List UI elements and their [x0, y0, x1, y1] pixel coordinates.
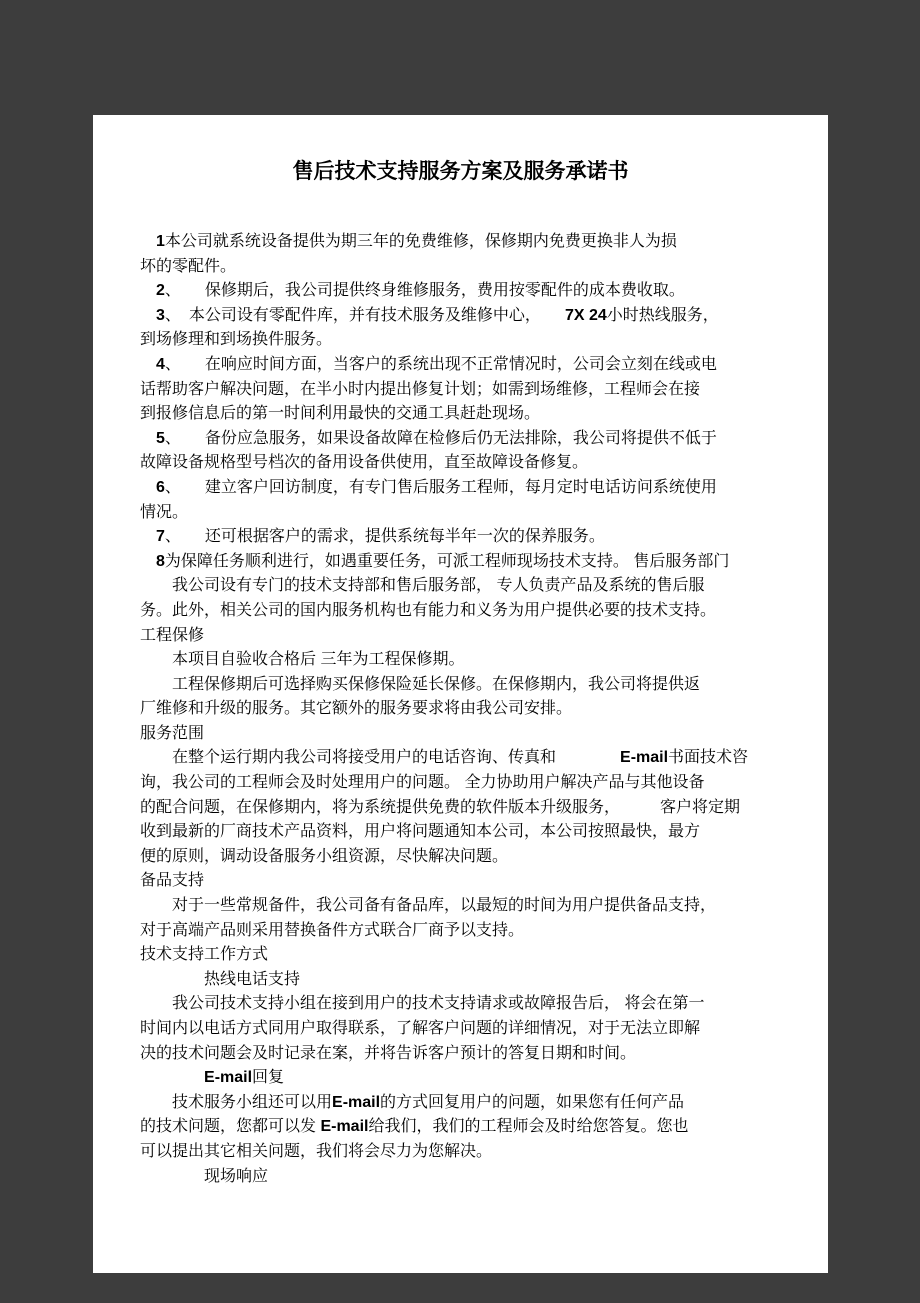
- text-line: 在整个运行期内我公司将接受用户的电话咨询、传真和 E-mail书面技术咨: [140, 746, 818, 771]
- text-line: 厂维修和升级的服务。其它额外的服务要求将由我公司安排。: [140, 697, 818, 722]
- text-line: 热线电话支持: [140, 968, 818, 993]
- text-run: [140, 1069, 204, 1086]
- text-line: 时间内以电话方式同用户取得联系，了解客户问题的详细情况，对于无法立即解: [140, 1017, 818, 1042]
- text-line: 情况。: [140, 501, 818, 526]
- text-run: 可以提出其它相关问题，我们将会尽力为您解决。: [140, 1143, 492, 1160]
- text-line: 的技术问题，您都可以发 E-mail给我们，我们的工程师会及时给您答复。您也: [140, 1115, 818, 1140]
- text-run: [140, 479, 156, 496]
- text-line: 技术服务小组还可以用E-mail的方式回复用户的问题，如果您有任何产品: [140, 1091, 818, 1116]
- text-run: 工程保修期后可选择购买保修保险延长保修。在保修期内，我公司将提供返: [140, 676, 700, 693]
- text-line: 务。此外，相关公司的国内服务机构也有能力和义务为用户提供必要的技术支持。: [140, 599, 818, 624]
- text-run: 7: [156, 528, 165, 545]
- text-line: 询，我公司的工程师会及时处理用户的问题。 全力协助用户解决产品与其他设备: [140, 771, 818, 796]
- text-line: 2、 保修期后，我公司提供终身维修服务，费用按零配件的成本费收取。: [140, 279, 818, 304]
- text-line: 现场响应: [140, 1165, 818, 1190]
- text-run: 技术支持工作方式: [140, 946, 268, 963]
- text-run: 的方式回复用户的问题，如果您有任何产品: [380, 1094, 684, 1111]
- text-run: 我公司技术支持小组在接到用户的技术支持请求或故障报告后， 将会在第一: [140, 995, 704, 1012]
- text-run: 决的技术问题会及时记录在案，并将告诉客户预计的答复日期和时间。: [140, 1045, 636, 1062]
- text-line: 便的原则，调动设备服务小组资源，尽快解决问题。: [140, 845, 818, 870]
- text-line: E-mail回复: [140, 1066, 818, 1091]
- text-run: 本项目自验收合格后 三年为工程保修期。: [140, 651, 464, 668]
- text-run: 时间内以电话方式同用户取得联系，了解客户问题的详细情况，对于无法立即解: [140, 1020, 700, 1037]
- text-run: 技术服务小组还可以用: [140, 1094, 332, 1111]
- text-run: 对于高端产品则采用替换备件方式联合厂商予以支持。: [140, 922, 524, 939]
- text-line: 话帮助客户解决问题，在半小时内提出修复计划；如需到场维修，工程师会在接: [140, 378, 818, 403]
- text-run: 3: [156, 307, 165, 324]
- text-run: 服务范围: [140, 725, 204, 742]
- text-line: 坏的零配件。: [140, 255, 818, 280]
- text-line: 5、 备份应急服务，如果设备故障在检修后仍无法排除，我公司将提供不低于: [140, 427, 818, 452]
- text-run: 、 备份应急服务，如果设备故障在检修后仍无法排除，我公司将提供不低于: [165, 430, 717, 447]
- text-run: [140, 233, 156, 250]
- text-line: 到报修信息后的第一时间利用最快的交通工具赶赴现场。: [140, 402, 818, 427]
- text-run: [140, 528, 156, 545]
- text-run: E-mail: [320, 1118, 368, 1135]
- text-run: 话帮助客户解决问题，在半小时内提出修复计划；如需到场维修，工程师会在接: [140, 381, 700, 398]
- text-run: 7X 24: [565, 307, 607, 324]
- text-run: 8: [156, 553, 165, 570]
- text-run: 、 还可根据客户的需求，提供系统每半年一次的保养服务。: [165, 528, 605, 545]
- text-line: 对于一些常规备件，我公司备有备品库，以最短的时间为用户提供备品支持，: [140, 894, 818, 919]
- text-run: 为保障任务顺利进行，如遇重要任务，可派工程师现场技术支持。 售后服务部门: [165, 553, 729, 570]
- text-run: E-mail: [204, 1069, 252, 1086]
- backdrop: { "colors": { "backdrop": "#3d3d3d", "pa…: [0, 0, 920, 1303]
- text-line: 3、 本公司设有零配件库，并有技术服务及维修中心， 7X 24小时热线服务，: [140, 304, 818, 329]
- text-run: [140, 307, 156, 324]
- text-run: 坏的零配件。: [140, 258, 236, 275]
- text-run: 回复: [252, 1069, 284, 1086]
- text-run: 收到最新的厂商技术产品资料，用户将问题通知本公司，本公司按照最快，最方: [140, 823, 700, 840]
- text-line: 可以提出其它相关问题，我们将会尽力为您解决。: [140, 1140, 818, 1165]
- text-line: 我公司技术支持小组在接到用户的技术支持请求或故障报告后， 将会在第一: [140, 992, 818, 1017]
- text-run: 便的原则，调动设备服务小组资源，尽快解决问题。: [140, 848, 508, 865]
- text-line: 决的技术问题会及时记录在案，并将告诉客户预计的答复日期和时间。: [140, 1042, 818, 1067]
- text-line: 我公司设有专门的技术支持部和售后服务部， 专人负责产品及系统的售后服: [140, 574, 818, 599]
- text-run: E-mail: [620, 749, 668, 766]
- text-run: 、 保修期后，我公司提供终身维修服务，费用按零配件的成本费收取。: [165, 282, 685, 299]
- text-run: 本公司就系统设备提供为期三年的免费维修，保修期内免费更换非人为损: [165, 233, 677, 250]
- text-line: 工程保修: [140, 624, 818, 649]
- text-run: 1: [156, 233, 165, 250]
- text-line: 8为保障任务顺利进行，如遇重要任务，可派工程师现场技术支持。 售后服务部门: [140, 550, 818, 575]
- text-run: 2: [156, 282, 165, 299]
- text-run: 在整个运行期内我公司将接受用户的电话咨询、传真和: [140, 749, 620, 766]
- text-run: [140, 356, 156, 373]
- text-run: 询，我公司的工程师会及时处理用户的问题。 全力协助用户解决产品与其他设备: [140, 774, 704, 791]
- text-line: 本项目自验收合格后 三年为工程保修期。: [140, 648, 818, 673]
- text-line: 4、 在响应时间方面，当客户的系统出现不正常情况时，公司会立刻在线或电: [140, 353, 818, 378]
- text-run: 到报修信息后的第一时间利用最快的交通工具赶赴现场。: [140, 405, 540, 422]
- text-line: 的配合问题，在保修期内，将为系统提供免费的软件版本升级服务， 客户将定期: [140, 796, 818, 821]
- text-run: 的技术问题，您都可以发: [140, 1118, 320, 1135]
- text-line: 对于高端产品则采用替换备件方式联合厂商予以支持。: [140, 919, 818, 944]
- text-line: 1本公司就系统设备提供为期三年的免费维修，保修期内免费更换非人为损: [140, 230, 818, 255]
- text-run: 4: [156, 356, 165, 373]
- text-line: 服务范围: [140, 722, 818, 747]
- text-run: 厂维修和升级的服务。其它额外的服务要求将由我公司安排。: [140, 700, 572, 717]
- text-run: [140, 282, 156, 299]
- text-run: 小时热线服务，: [607, 307, 719, 324]
- document-page: 售后技术支持服务方案及服务承诺书 1本公司就系统设备提供为期三年的免费维修，保修…: [93, 115, 828, 1273]
- text-line: 收到最新的厂商技术产品资料，用户将问题通知本公司，本公司按照最快，最方: [140, 820, 818, 845]
- text-run: 的配合问题，在保修期内，将为系统提供免费的软件版本升级服务， 客户将定期: [140, 799, 740, 816]
- document-body: 1本公司就系统设备提供为期三年的免费维修，保修期内免费更换非人为损坏的零配件。 …: [140, 230, 818, 1189]
- text-line: 备品支持: [140, 869, 818, 894]
- text-run: 热线电话支持: [140, 971, 300, 988]
- text-run: 备品支持: [140, 872, 204, 889]
- text-run: 给我们，我们的工程师会及时给您答复。您也: [368, 1118, 688, 1135]
- text-line: 技术支持工作方式: [140, 943, 818, 968]
- text-run: 书面技术咨: [668, 749, 748, 766]
- text-line: 到场修理和到场换件服务。: [140, 328, 818, 353]
- text-line: 7、 还可根据客户的需求，提供系统每半年一次的保养服务。: [140, 525, 818, 550]
- text-run: 故障设备规格型号档次的备用设备供使用，直至故障设备修复。: [140, 454, 588, 471]
- text-run: 对于一些常规备件，我公司备有备品库，以最短的时间为用户提供备品支持，: [140, 897, 716, 914]
- text-run: E-mail: [332, 1094, 380, 1111]
- document-title: 售后技术支持服务方案及服务承诺书: [93, 158, 828, 186]
- text-run: 5: [156, 430, 165, 447]
- text-run: 到场修理和到场换件服务。: [140, 331, 332, 348]
- text-run: 情况。: [140, 504, 188, 521]
- text-run: [140, 430, 156, 447]
- text-run: 工程保修: [140, 627, 204, 644]
- text-run: 我公司设有专门的技术支持部和售后服务部， 专人负责产品及系统的售后服: [140, 577, 704, 594]
- text-run: [140, 553, 156, 570]
- text-run: 、 本公司设有零配件库，并有技术服务及维修中心，: [165, 307, 565, 324]
- text-run: 、 在响应时间方面，当客户的系统出现不正常情况时，公司会立刻在线或电: [165, 356, 717, 373]
- text-run: 现场响应: [140, 1168, 268, 1185]
- text-run: 、 建立客户回访制度，有专门售后服务工程师，每月定时电话访问系统使用: [165, 479, 717, 496]
- text-run: 6: [156, 479, 165, 496]
- text-line: 6、 建立客户回访制度，有专门售后服务工程师，每月定时电话访问系统使用: [140, 476, 818, 501]
- text-line: 故障设备规格型号档次的备用设备供使用，直至故障设备修复。: [140, 451, 818, 476]
- text-line: 工程保修期后可选择购买保修保险延长保修。在保修期内，我公司将提供返: [140, 673, 818, 698]
- text-run: 务。此外，相关公司的国内服务机构也有能力和义务为用户提供必要的技术支持。: [140, 602, 716, 619]
